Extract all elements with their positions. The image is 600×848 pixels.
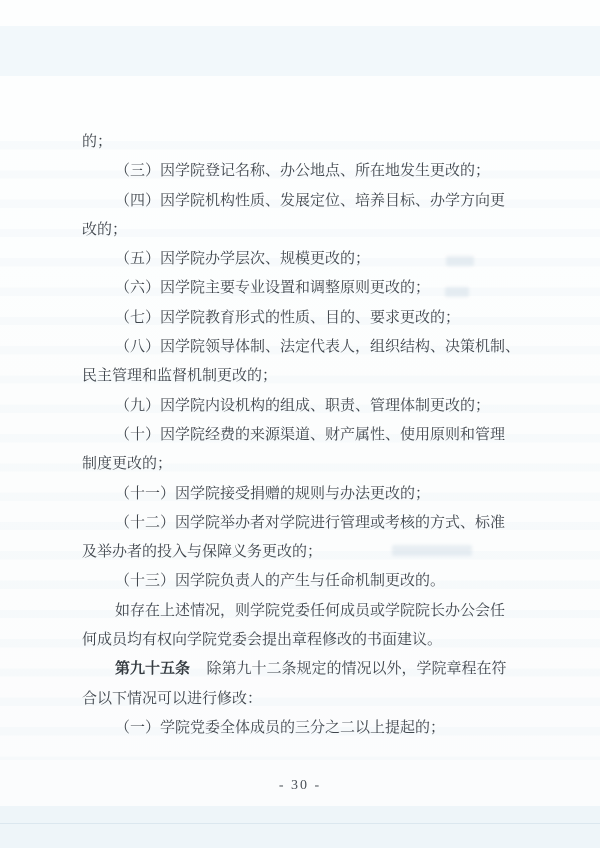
text-line: （九）因学院内设机构的组成、职责、管理体制更改的； <box>82 392 506 421</box>
text-line: 如存在上述情况，则学院党委任何成员或学院院长办公会任 <box>82 597 506 626</box>
text-line: （四）因学院机构性质、发展定位、培养目标、办学方向更 <box>82 187 506 216</box>
article-number-bold: 第九十五条 <box>115 661 190 677</box>
text-line: 的； <box>82 128 506 157</box>
text-line: （六）因学院主要专业设置和调整原则更改的； <box>82 274 506 303</box>
scan-artifact-line <box>0 823 600 824</box>
scan-tint-band-bottom <box>0 806 600 848</box>
text-line: （十二）因学院举办者对学院进行管理或考核的方式、标准 <box>82 509 506 538</box>
text-line: 民主管理和监督机制更改的； <box>82 362 506 391</box>
document-body-text: 的； （三）因学院登记名称、办公地点、所在地发生更改的； （四）因学院机构性质、… <box>82 128 506 743</box>
text-line: 及举办者的投入与保障义务更改的； <box>82 538 506 567</box>
text-line: 第九十五条除第九十二条规定的情况以外，学院章程在符 <box>82 655 506 684</box>
text-line: 何成员均有权向学院党委会提出章程修改的书面建议。 <box>82 626 506 655</box>
scanned-document-page: 的； （三）因学院登记名称、办公地点、所在地发生更改的； （四）因学院机构性质、… <box>0 0 600 848</box>
text-line: （五）因学院办学层次、规模更改的； <box>82 245 506 274</box>
text-line: （十）因学院经费的来源渠道、财产属性、使用原则和管理 <box>82 421 506 450</box>
page-number-footer: - 30 - <box>0 778 600 794</box>
text-line: （十一）因学院接受捐赠的规则与办法更改的； <box>82 480 506 509</box>
text-line: （一）学院党委全体成员的三分之二以上提起的； <box>82 714 506 743</box>
article-text: 除第九十二条规定的情况以外，学院章程在符 <box>207 661 507 677</box>
text-line: （十三）因学院负责人的产生与任命机制更改的。 <box>82 567 506 596</box>
text-line: 合以下情况可以进行修改： <box>82 685 506 714</box>
scan-tint-band-top <box>0 26 600 76</box>
text-line: （七）因学院教育形式的性质、目的、要求更改的； <box>82 304 506 333</box>
text-line: （三）因学院登记名称、办公地点、所在地发生更改的； <box>82 157 506 186</box>
text-line: （八）因学院领导体制、法定代表人，组织结构、决策机制、 <box>82 333 506 362</box>
text-line: 制度更改的； <box>82 450 506 479</box>
text-line: 改的； <box>82 216 506 245</box>
